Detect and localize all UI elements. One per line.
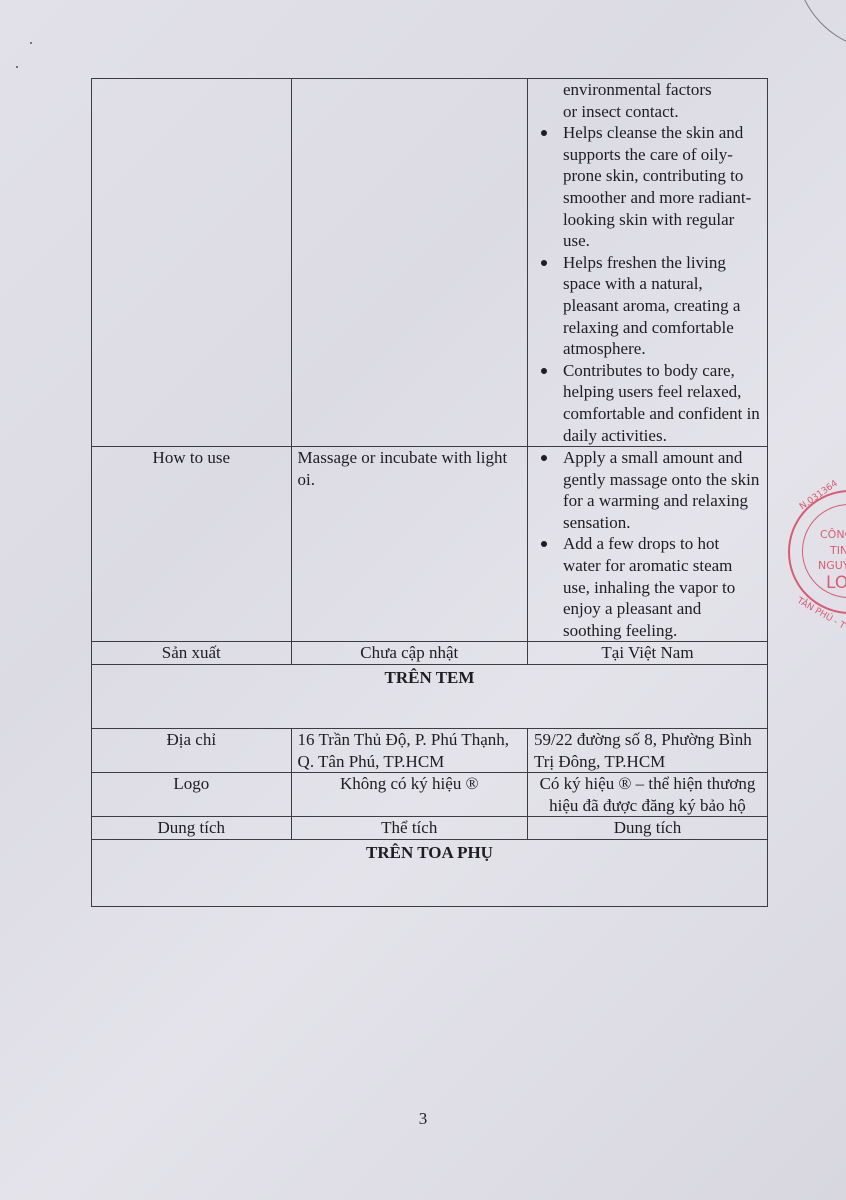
cell-origin-col2: Chưa cập nhật <box>291 642 527 665</box>
section-heading-tem: TRÊN TEM <box>92 665 768 729</box>
cell-address-col3: 59/22 đường số 8, Phường Bình Trị Đông, … <box>527 729 767 773</box>
section-heading-toa-phu: TRÊN TOA PHỤ <box>92 840 768 907</box>
paper-speck <box>30 42 32 44</box>
list-item: Apply a small amount and gently massage … <box>561 447 761 533</box>
page-number: 3 <box>0 1109 846 1129</box>
bullet-icon <box>541 260 547 266</box>
company-seal-stamp: N.031364 CÔNG T TINH NGUYÊ LOV TÂN PHÚ -… <box>788 490 846 614</box>
list-item-text: Apply a small amount and gently massage … <box>563 448 759 532</box>
cell-label-how-to-use: How to use <box>92 447 292 642</box>
list-item: Add a few drops to hot water for aromati… <box>561 533 761 641</box>
bullet-icon <box>541 541 547 547</box>
paper-speck <box>16 66 18 68</box>
cell-label-address: Địa chỉ <box>92 729 292 773</box>
bullet-icon <box>541 368 547 374</box>
cell-logo-col2: Không có ký hiệu ® <box>291 773 527 817</box>
table-row-logo: Logo Không có ký hiệu ® Có ký hiệu ® – t… <box>92 773 768 817</box>
cell-address-col2: 16 Trần Thủ Độ, P. Phú Thạnh, Q. Tân Phú… <box>291 729 527 773</box>
list-item: Helps cleanse the skin and supports the … <box>561 122 761 252</box>
cell-how-to-use-list: Apply a small amount and gently massage … <box>527 447 767 642</box>
cell-label-logo: Logo <box>92 773 292 817</box>
stamp-line: LOV <box>826 573 846 593</box>
stamp-line: NGUYÊ <box>818 559 846 572</box>
table-row-address: Địa chỉ 16 Trần Thủ Độ, P. Phú Thạnh, Q.… <box>92 729 768 773</box>
stamp-line: TINH <box>830 544 846 557</box>
section-heading-text: TRÊN TEM <box>385 668 475 687</box>
cell-label-origin: Sản xuất <box>92 642 292 665</box>
cell-benefits-list: environmental factors or insect contact.… <box>527 79 767 447</box>
cell-label-volume: Dung tích <box>92 817 292 840</box>
cell-how-to-use-col2: Massage or incubate with light oi. <box>291 447 527 642</box>
cell-origin-col3: Tại Việt Nam <box>527 642 767 665</box>
table-row-how-to-use: How to use Massage or incubate with ligh… <box>92 447 768 642</box>
bullet-icon <box>541 130 547 136</box>
list-item: Helps freshen the living space with a na… <box>561 252 761 360</box>
table-row-volume: Dung tích Thể tích Dung tích <box>92 817 768 840</box>
section-heading-text: TRÊN TOA PHỤ <box>366 843 493 862</box>
stamp-bottom-text: TÂN PHÚ - T <box>795 596 846 632</box>
list-item: Contributes to body care, helping users … <box>561 360 761 446</box>
list-item-text: Helps freshen the living space with a na… <box>563 253 740 358</box>
how-to-use-bullet-list: Apply a small amount and gently massage … <box>534 447 761 641</box>
table-section-toa-phu: TRÊN TOA PHỤ <box>92 840 768 907</box>
cell-logo-col3: Có ký hiệu ® – thể hiện thương hiệu đã đ… <box>527 773 767 817</box>
cell-volume-col3: Dung tích <box>527 817 767 840</box>
table-section-tem: TRÊN TEM <box>92 665 768 729</box>
cell-col2-empty <box>291 79 527 447</box>
bullet-icon <box>541 455 547 461</box>
stamp-line: CÔNG T <box>820 528 846 541</box>
list-item-text: Helps cleanse the skin and supports the … <box>563 123 751 250</box>
table-row-benefits: environmental factors or insect contact.… <box>92 79 768 447</box>
page-edge-curve <box>795 0 846 51</box>
list-item-text: Add a few drops to hot water for aromati… <box>563 534 735 639</box>
benefits-bullet-list: Helps cleanse the skin and supports the … <box>534 122 761 446</box>
list-item-text: Contributes to body care, helping users … <box>563 361 760 445</box>
cell-volume-col2: Thể tích <box>291 817 527 840</box>
continuation-line: environmental factors <box>534 79 761 101</box>
continuation-line: or insect contact. <box>534 101 761 123</box>
table-row-origin: Sản xuất Chưa cập nhật Tại Việt Nam <box>92 642 768 665</box>
comparison-table: environmental factors or insect contact.… <box>91 78 768 907</box>
cell-label-empty <box>92 79 292 447</box>
